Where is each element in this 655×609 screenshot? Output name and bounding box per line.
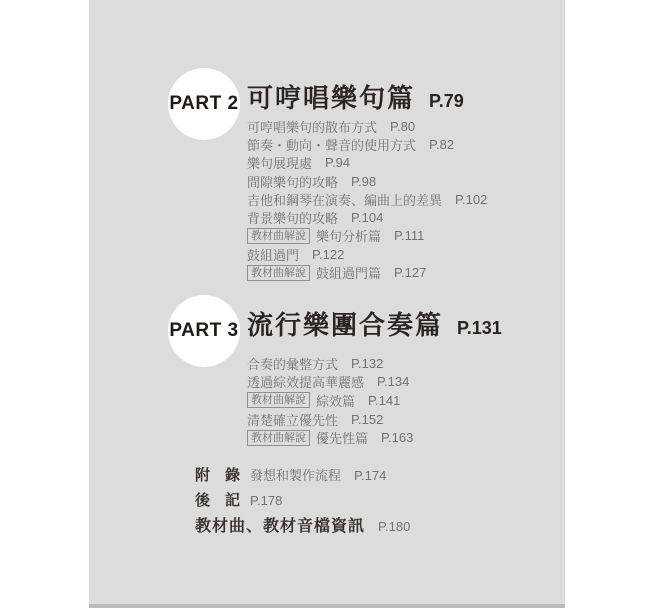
toc-item: 背景樂句的攻略 P.104 [247,208,487,226]
afterword-page: P.178 [250,493,282,508]
afterword-row: 後 記 P.178 [195,489,282,510]
toc-item-page: P.80 [390,119,415,134]
toc-item: 間隙樂句的攻略 P.98 [247,172,487,190]
audio-info-row: 教材曲、教材音檔資訊 P.180 [195,513,410,536]
part-2-label: PART 2 [169,93,238,115]
toc-item: 吉他和鋼琴在演奏、編曲上的差異 P.102 [247,190,487,208]
lesson-track-tag: 教材曲解說 [247,430,310,446]
toc-item-text: 清楚確立優先性 [247,410,338,429]
toc-item-page: P.132 [351,356,383,371]
toc-item: 可哼唱樂句的散布方式 P.80 [247,117,487,135]
toc-item-text: 鼓組過門 [247,245,299,264]
toc-item: 合奏的彙整方式 P.132 [247,354,413,373]
toc-item-page: P.163 [381,430,413,445]
part-2-title: 可哼唱樂句篇 [247,78,415,115]
toc-item: 清楚確立優先性 P.152 [247,410,413,429]
toc-item: 鼓組過門 P.122 [247,245,487,263]
toc-item-page: P.134 [377,374,409,389]
part-3-label: PART 3 [169,320,238,342]
toc-item-text: 綜效篇 [316,391,355,410]
toc-item-text: 鼓組過門篇 [316,263,381,282]
toc-item-page: P.127 [394,265,426,280]
appendix-text: 發想和製作流程 [250,465,341,484]
toc-item: 透過綜效提高華麗感 P.134 [247,373,413,392]
toc-item-page: P.98 [351,174,376,189]
toc-item-page: P.152 [351,412,383,427]
part-3-toc-list: 合奏的彙整方式 P.132 透過綜效提高華麗感 P.134 教材曲解說 綜效篇 … [247,354,413,447]
lesson-track-tag: 教材曲解說 [247,228,310,244]
toc-item-page: P.82 [429,137,454,152]
toc-item: 教材曲解說 綜效篇 P.141 [247,391,413,410]
toc-item-page: P.122 [312,247,344,262]
appendix-page: P.174 [354,468,386,483]
part-3-badge: PART 3 [168,295,240,367]
appendix-row: 附 錄 發想和製作流程 P.174 [195,464,386,485]
part-2-toc-list: 可哼唱樂句的散布方式 P.80 節奏・動向・聲音的使用方式 P.82 樂句展現處… [247,117,487,282]
toc-item-text: 樂句展現處 [247,153,312,172]
toc-item-page: P.102 [455,192,487,207]
toc-item-text: 透過綜效提高華麗感 [247,372,364,391]
toc-item-text: 可哼唱樂句的散布方式 [247,117,377,136]
toc-item-text: 間隙樂句的攻略 [247,172,338,191]
toc-item: 教材曲解說 鼓組過門篇 P.127 [247,263,487,281]
book-page: PART 2 可哼唱樂句篇 P.79 可哼唱樂句的散布方式 P.80 節奏・動向… [89,0,565,608]
toc-item-text: 吉他和鋼琴在演奏、編曲上的差異 [247,190,442,209]
part-2-title-page: P.79 [429,91,464,112]
audio-info-page: P.180 [378,519,410,534]
toc-item: 節奏・動向・聲音的使用方式 P.82 [247,135,487,153]
lesson-track-tag: 教材曲解說 [247,265,310,281]
toc-item-page: P.141 [368,393,400,408]
toc-item-text: 合奏的彙整方式 [247,354,338,373]
afterword-label: 後 記 [195,489,250,510]
toc-item: 樂句展現處 P.94 [247,154,487,172]
part-3-title: 流行樂團合奏篇 [247,305,443,342]
toc-item-text: 優先性篇 [316,428,368,447]
toc-item-text: 節奏・動向・聲音的使用方式 [247,135,416,154]
toc-item: 教材曲解說 優先性篇 P.163 [247,428,413,447]
toc-item-page: P.111 [394,228,424,243]
part-2-badge: PART 2 [168,68,240,140]
toc-item-text: 樂句分析篇 [316,226,381,245]
audio-info-label: 教材曲、教材音檔資訊 [195,513,365,536]
appendix-label: 附 錄 [195,464,250,485]
part-3-heading: 流行樂團合奏篇 P.131 [247,305,502,342]
toc-item: 教材曲解說 樂句分析篇 P.111 [247,227,487,245]
part-2-heading: 可哼唱樂句篇 P.79 [247,78,464,115]
toc-item-page: P.104 [351,210,383,225]
part-3-title-page: P.131 [457,318,502,339]
lesson-track-tag: 教材曲解說 [247,392,310,408]
toc-item-page: P.94 [325,155,350,170]
toc-item-text: 背景樂句的攻略 [247,208,338,227]
